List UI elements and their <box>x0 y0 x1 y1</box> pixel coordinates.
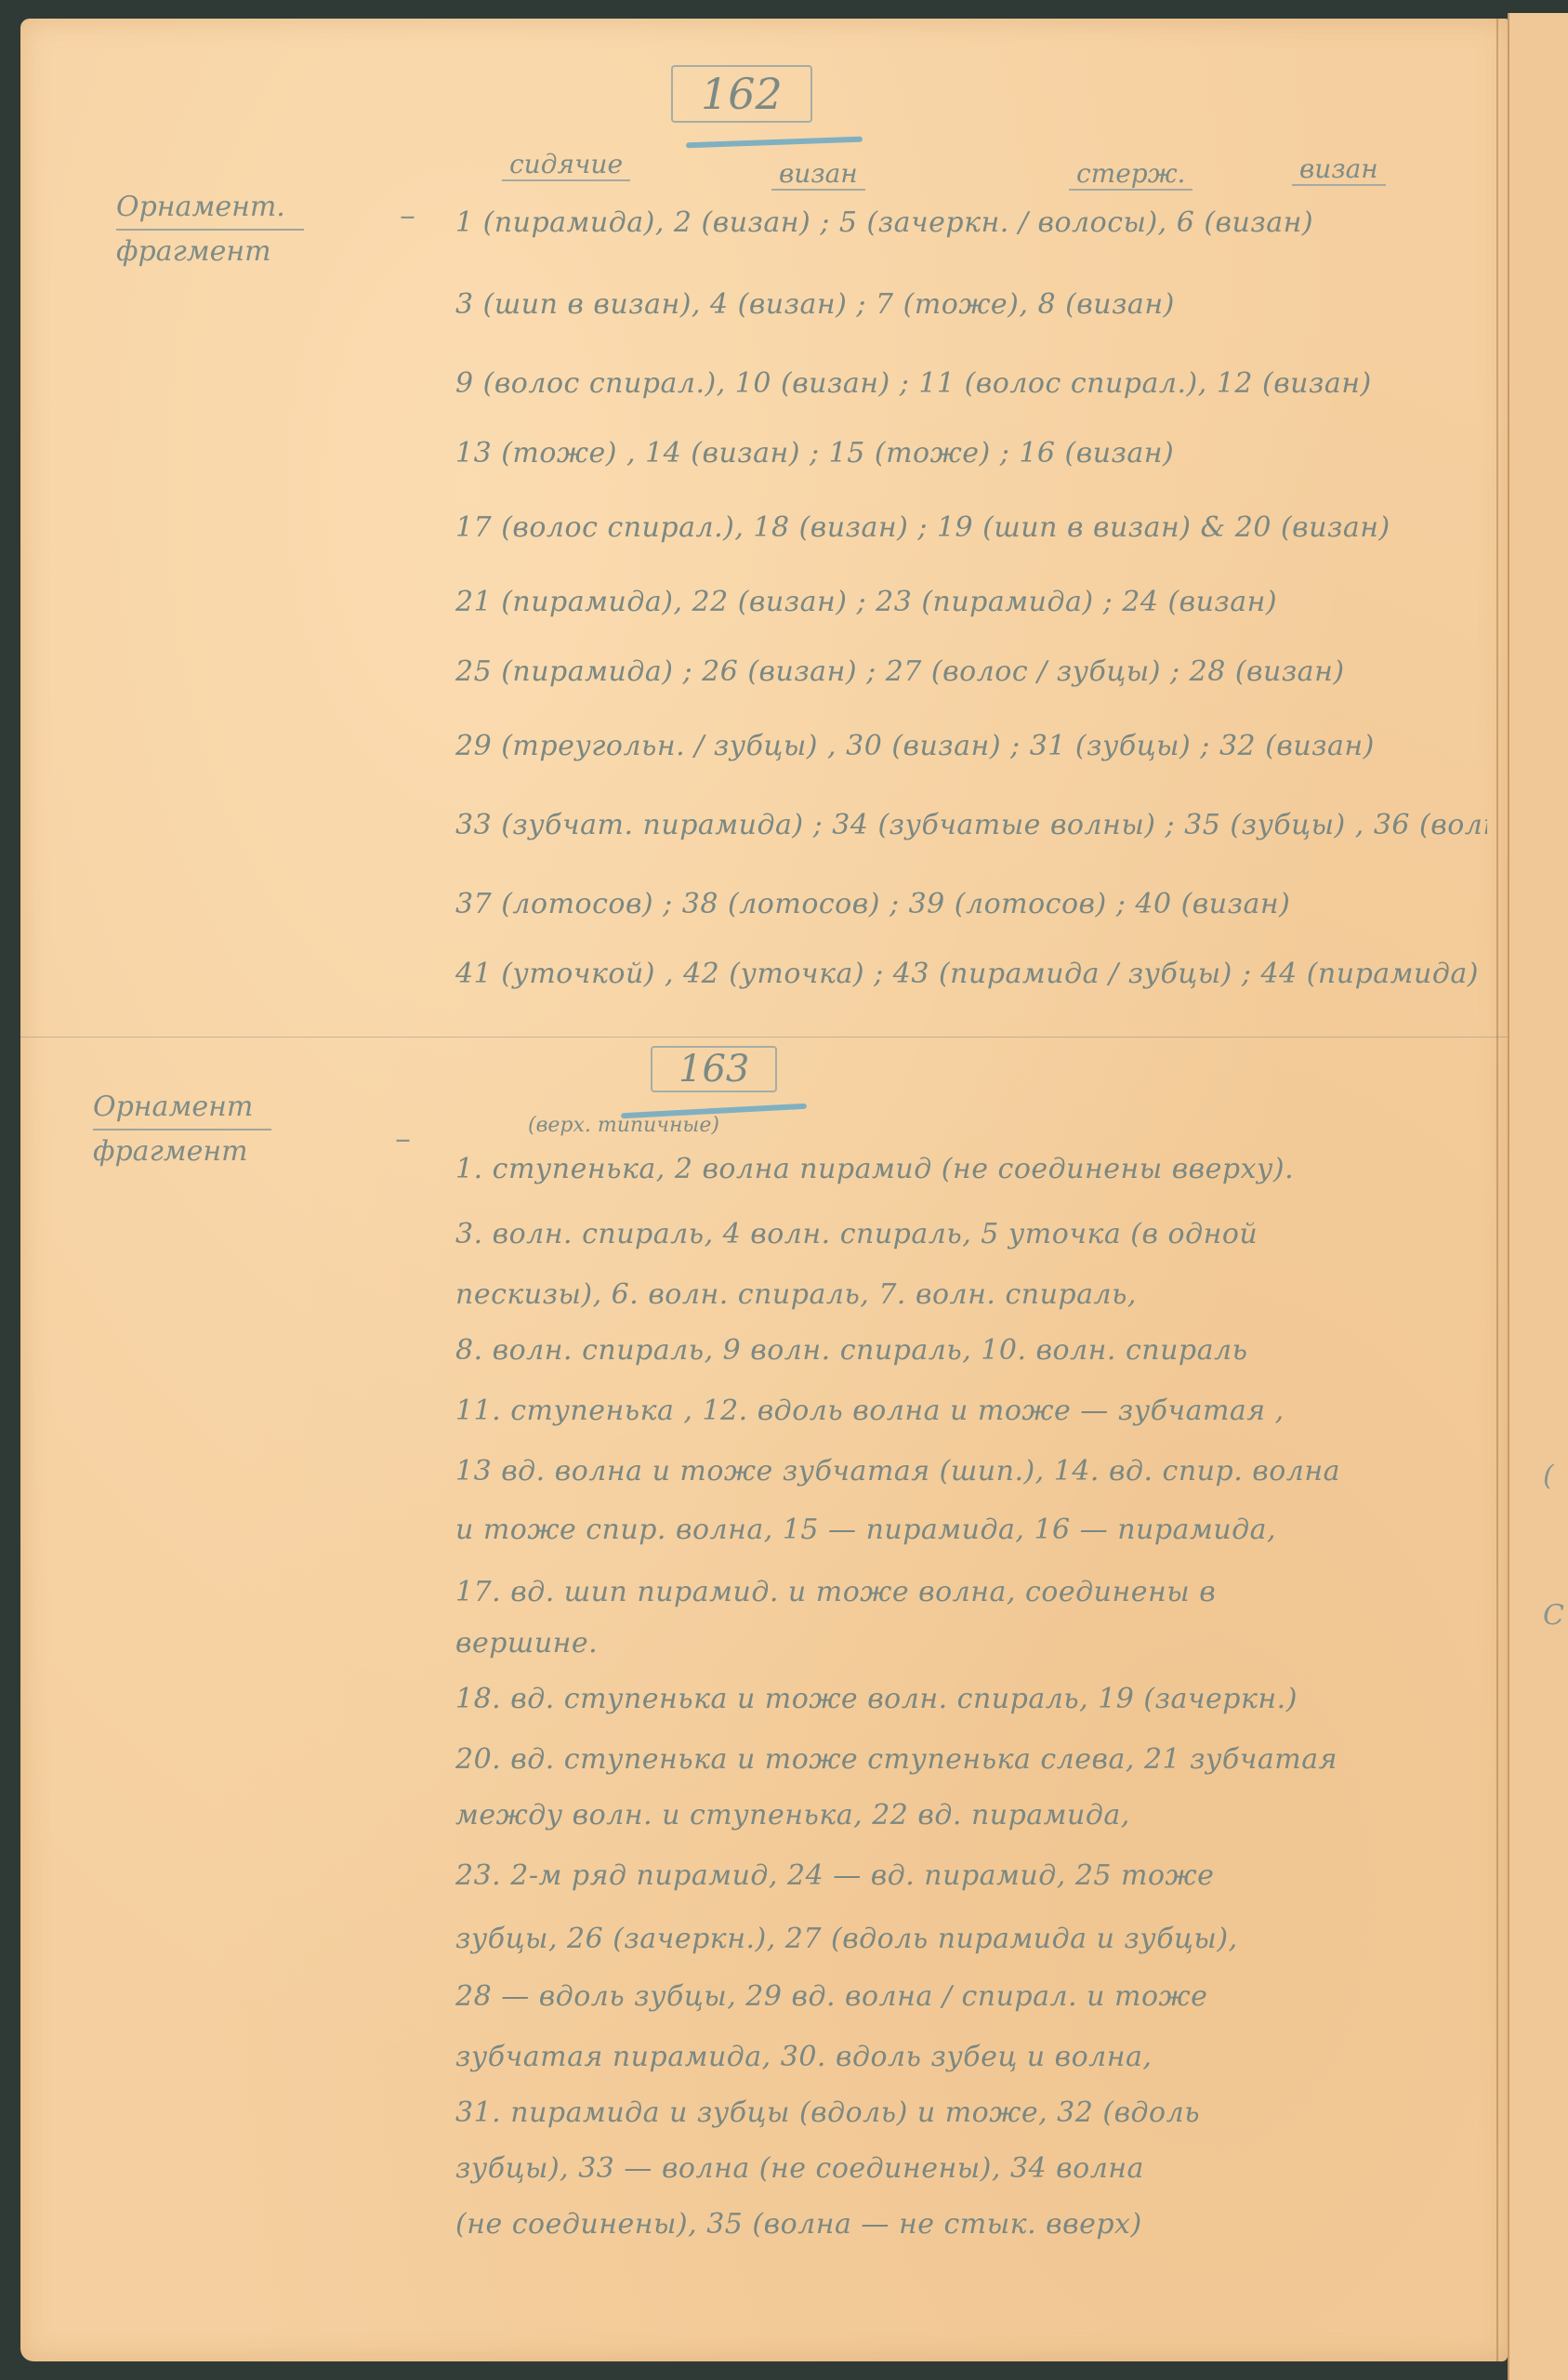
text-line: 17. вд. шип пирамид. и тоже волна, соеди… <box>455 1576 1487 1608</box>
text-line: пескизы), 6. волн. спираль, 7. волн. спи… <box>455 1278 1487 1311</box>
text-line: 11. ступенька , 12. вдоль волна и тоже —… <box>455 1395 1487 1427</box>
text-line: 41 (уточкой) , 42 (уточка) ; 43 (пирамид… <box>455 958 1487 990</box>
text-line: между волн. и ступенька, 22 вд. пирамида… <box>455 1799 1487 1831</box>
annotation: (верх. типичные) <box>520 1114 727 1137</box>
dash: – <box>400 197 415 234</box>
text-line: 3 (шип в визан), 4 (визан) ; 7 (тоже), 8… <box>455 288 1487 321</box>
text-line: зубчатая пирамида, 30. вдоль зубец и вол… <box>455 2041 1487 2073</box>
margin-label-bottom: фрагмент <box>93 1135 248 1168</box>
column-header: стерж. <box>1069 158 1192 191</box>
text-line: 28 — вдоль зубцы, 29 вд. волна / спирал.… <box>455 1980 1487 2013</box>
adjacent-page-marks: С <box>1543 1599 1564 1632</box>
text-line: и тоже спир. волна, 15 — пирамида, 16 — … <box>455 1514 1487 1546</box>
text-line: 8. волн. спираль, 9 волн. спираль, 10. в… <box>455 1334 1487 1367</box>
text-line: 20. вд. ступенька и тоже ступенька слева… <box>455 1743 1487 1776</box>
column-header: сидячие <box>502 149 630 181</box>
text-line: 3. волн. спираль, 4 волн. спираль, 5 уто… <box>455 1218 1487 1250</box>
margin-label-163: Орнамент фрагмент <box>93 1086 271 1173</box>
text-line: 29 (треугольн. / зубцы) , 30 (визан) ; 3… <box>455 730 1487 762</box>
column-header: визан <box>1292 153 1386 186</box>
margin-label-top: Орнамент. <box>116 186 304 231</box>
page-number-162: 162 <box>671 65 812 123</box>
adjacent-page-edge <box>1508 13 1568 2380</box>
text-line: 18. вд. ступенька и тоже волн. спираль, … <box>455 1683 1487 1715</box>
text-line: 21 (пирамида), 22 (визан) ; 23 (пирамида… <box>455 586 1487 618</box>
text-line: зубцы, 26 (зачеркн.), 27 (вдоль пирамида… <box>455 1923 1487 1955</box>
text-line: 25 (пирамида) ; 26 (визан) ; 27 (волос /… <box>455 655 1487 688</box>
margin-label-162: Орнамент. фрагмент <box>116 186 304 273</box>
dash: – <box>395 1120 411 1157</box>
text-line: 23. 2-м ряд пирамид, 24 — вд. пирамид, 2… <box>455 1859 1487 1892</box>
text-line: (не соединены), 35 (волна — не стык. вве… <box>455 2208 1487 2241</box>
text-line: зубцы), 33 — волна (не соединены), 34 во… <box>455 2152 1487 2185</box>
text-line: вершине. <box>455 1627 1487 1659</box>
margin-label-bottom: фрагмент <box>116 235 271 268</box>
column-header: визан <box>771 158 865 191</box>
section-divider <box>20 1037 1508 1038</box>
text-line: 1. ступенька, 2 волна пирамид (не соедин… <box>455 1153 1487 1185</box>
text-line: 37 (лотосов) ; 38 (лотосов) ; 39 (лотосо… <box>455 888 1487 920</box>
text-line: 33 (зубчат. пирамида) ; 34 (зубчатые вол… <box>455 809 1487 841</box>
text-line: 31. пирамида и зубцы (вдоль) и тоже, 32 … <box>455 2096 1487 2129</box>
page-fold <box>1496 19 1498 2361</box>
margin-label-top: Орнамент <box>93 1086 271 1130</box>
page-number-163: 163 <box>651 1046 777 1092</box>
text-line: 17 (волос спирал.), 18 (визан) ; 19 (шип… <box>455 511 1487 544</box>
adjacent-page-marks: ( <box>1543 1460 1554 1492</box>
text-line: 9 (волос спирал.), 10 (визан) ; 11 (воло… <box>455 367 1487 400</box>
text-line: 1 (пирамида), 2 (визан) ; 5 (зачеркн. / … <box>455 206 1487 239</box>
text-line: 13 (тоже) , 14 (визан) ; 15 (тоже) ; 16 … <box>455 437 1487 469</box>
text-line: 13 вд. волна и тоже зубчатая (шип.), 14.… <box>455 1455 1487 1487</box>
